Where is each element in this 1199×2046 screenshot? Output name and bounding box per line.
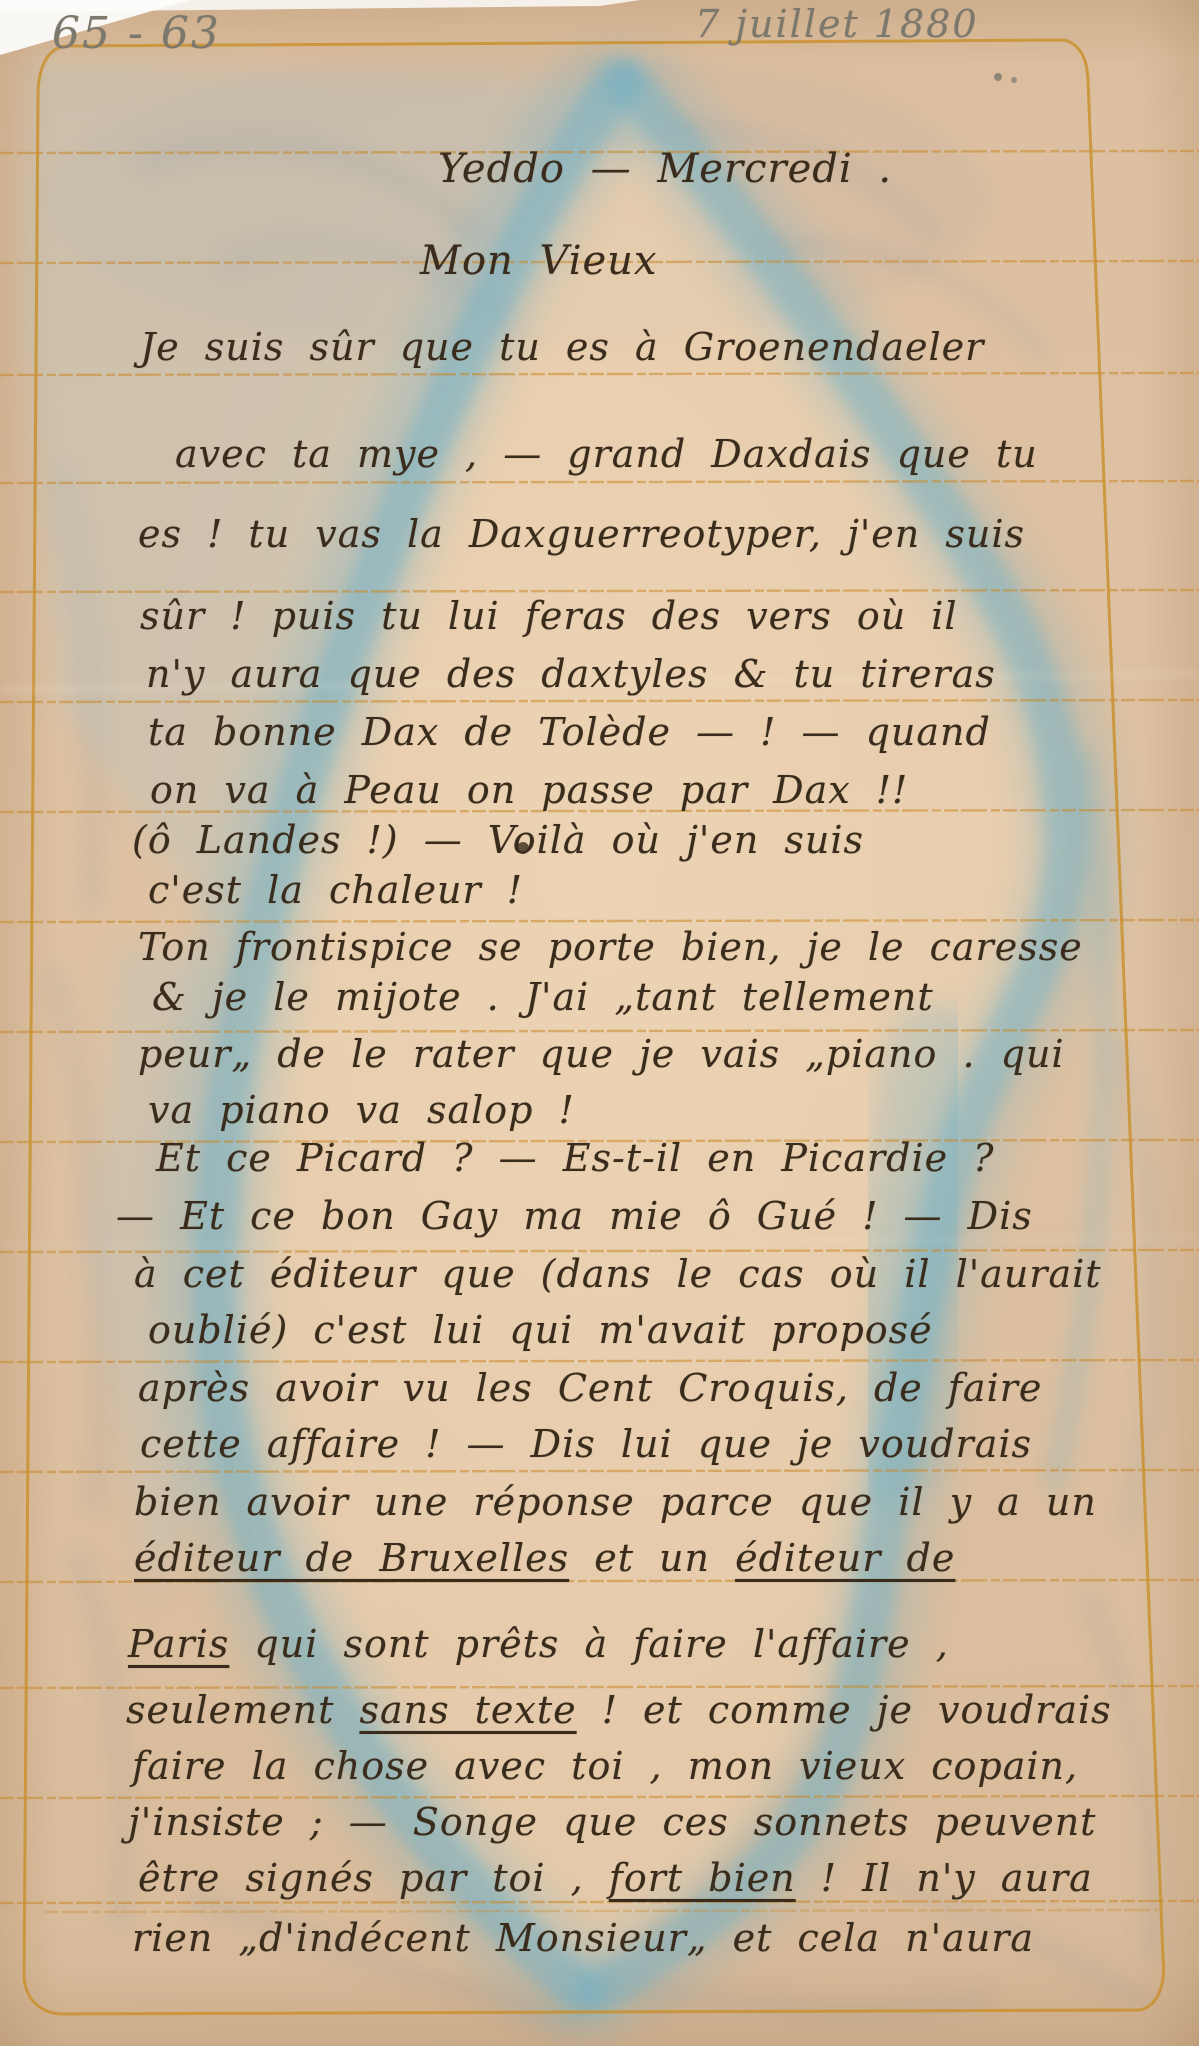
letter-line: & je le mijote . J'ai „tant tellement [152, 975, 934, 1019]
letter-line: ta bonne Dax de Tolède — ! — quand [148, 710, 991, 754]
phrase: on va à Peau on passe par Dax !! [150, 768, 908, 812]
phrase: Ton frontispice se porte bien, je le car… [138, 925, 1083, 969]
letter-line: après avoir vu les Cent Croquis, de fair… [138, 1366, 1042, 1410]
letter-line: avec ta mye , — grand Daxdais que tu [175, 432, 1038, 476]
phrase: ! et comme je voudrais [577, 1688, 1112, 1732]
ruled-line [0, 1580, 1199, 1582]
phrase: à cet éditeur que (dans le cas où il l'a… [134, 1252, 1102, 1296]
phrase: qui sont prêts à faire l'affaire , [229, 1622, 949, 1666]
letter-salutation: Mon Vieux [420, 238, 657, 284]
letter-line: Paris qui sont prêts à faire l'affaire , [128, 1622, 949, 1666]
letter-line: sûr ! puis tu lui feras des vers où il [140, 594, 958, 638]
phrase: ! Il n'y aura [796, 1856, 1093, 1900]
phrase: — Et ce bon Gay ma mie ô Gué ! — Dis [116, 1194, 1033, 1238]
phrase: bien avoir une réponse parce que il y a … [134, 1480, 1097, 1524]
phrase: et un [569, 1536, 735, 1580]
stationery-decoration [0, 0, 1199, 2046]
letter-line: (ô Landes !) — Voilà où j'en suis [132, 818, 864, 862]
letter-line: Et ce Picard ? — Es-t-il en Picardie ? [156, 1136, 995, 1180]
letter-line: seulement sans texte ! et comme je voudr… [126, 1688, 1112, 1732]
phrase: n'y aura que des daxtyles & tu tireras [146, 652, 996, 696]
phrase: sûr ! puis tu lui feras des vers où il [140, 594, 958, 638]
letter-line: j'insiste ; — Songe que ces sonnets peuv… [128, 1800, 1096, 1844]
archival-number-annotation: 65 - 63 [52, 8, 221, 59]
letter-line: être signés par toi , fort bien ! Il n'y… [138, 1856, 1093, 1900]
underlined-phrase: éditeur de Bruxelles [134, 1536, 569, 1580]
letter-line: — Et ce bon Gay ma mie ô Gué ! — Dis [116, 1194, 1033, 1238]
letter-line: Je suis sûr que tu es à Groenendaeler [140, 325, 984, 369]
ruled-line [0, 1901, 1199, 1903]
letter-line: éditeur de Bruxelles et un éditeur de [134, 1536, 955, 1580]
letter-line: à cet éditeur que (dans le cas où il l'a… [134, 1252, 1102, 1296]
phrase: j'insiste ; — Songe que ces sonnets peuv… [128, 1800, 1096, 1844]
phrase: rien „d'indécent Monsieur„ et cela n'aur… [132, 1916, 1034, 1960]
pencil-dot [1011, 77, 1017, 83]
letter-line: n'y aura que des daxtyles & tu tireras [146, 652, 996, 696]
ruled-line [0, 1796, 1199, 1798]
letter-line: peur„ de le rater que je vais „piano . q… [138, 1032, 1065, 1076]
phrase: Je suis sûr que tu es à Groenendaeler [140, 325, 984, 369]
phrase: va piano va salop ! [148, 1088, 575, 1132]
phrase: Et ce Picard ? — Es-t-il en Picardie ? [156, 1136, 995, 1180]
letter-dateline: Yeddo — Mercredi . [438, 146, 892, 192]
phrase: être signés par toi , [138, 1856, 609, 1900]
letter-line: cette affaire ! — Dis lui que je voudrai… [140, 1422, 1032, 1466]
letter-line: on va à Peau on passe par Dax !! [150, 768, 908, 812]
phrase: cette affaire ! — Dis lui que je voudrai… [140, 1422, 1032, 1466]
underlined-phrase: Paris [128, 1622, 229, 1666]
phrase: oublié) c'est lui qui m'avait proposé [148, 1308, 933, 1352]
underlined-phrase: fort bien [609, 1856, 796, 1900]
letter-line: bien avoir une réponse parce que il y a … [134, 1480, 1097, 1524]
underlined-phrase: sans texte [359, 1688, 576, 1732]
date-annotation: 7 juillet 1880 [695, 2, 979, 46]
letter-line: oublié) c'est lui qui m'avait proposé [148, 1308, 933, 1352]
letter-line: rien „d'indécent Monsieur„ et cela n'aur… [132, 1916, 1034, 1960]
letter-page: 65 - 63 7 juillet 1880 Yeddo — Mercredi … [0, 0, 1199, 2046]
letter-line: Ton frontispice se porte bien, je le car… [138, 925, 1083, 969]
pencil-dot [994, 73, 1002, 81]
phrase: (ô Landes !) — Voilà où j'en suis [132, 818, 864, 862]
phrase: seulement [126, 1688, 359, 1732]
phrase: peur„ de le rater que je vais „piano . q… [138, 1032, 1065, 1076]
phrase: ta bonne Dax de Tolède — ! — quand [148, 710, 991, 754]
phrase: c'est la chaleur ! [148, 868, 523, 912]
phrase: avec ta mye , — grand Daxdais que tu [175, 432, 1038, 476]
letter-line: faire la chose avec toi , mon vieux copa… [132, 1744, 1078, 1788]
phrase: & je le mijote . J'ai „tant tellement [152, 975, 934, 1019]
underlined-phrase: éditeur de [735, 1536, 955, 1580]
letter-line: c'est la chaleur ! [148, 868, 523, 912]
letter-line: va piano va salop ! [148, 1088, 575, 1132]
phrase: après avoir vu les Cent Croquis, de fair… [138, 1366, 1042, 1410]
phrase: faire la chose avec toi , mon vieux copa… [132, 1744, 1078, 1788]
phrase: es ! tu vas la Daxguerreotyper, j'en sui… [138, 512, 1025, 556]
letter-line: es ! tu vas la Daxguerreotyper, j'en sui… [138, 512, 1025, 556]
